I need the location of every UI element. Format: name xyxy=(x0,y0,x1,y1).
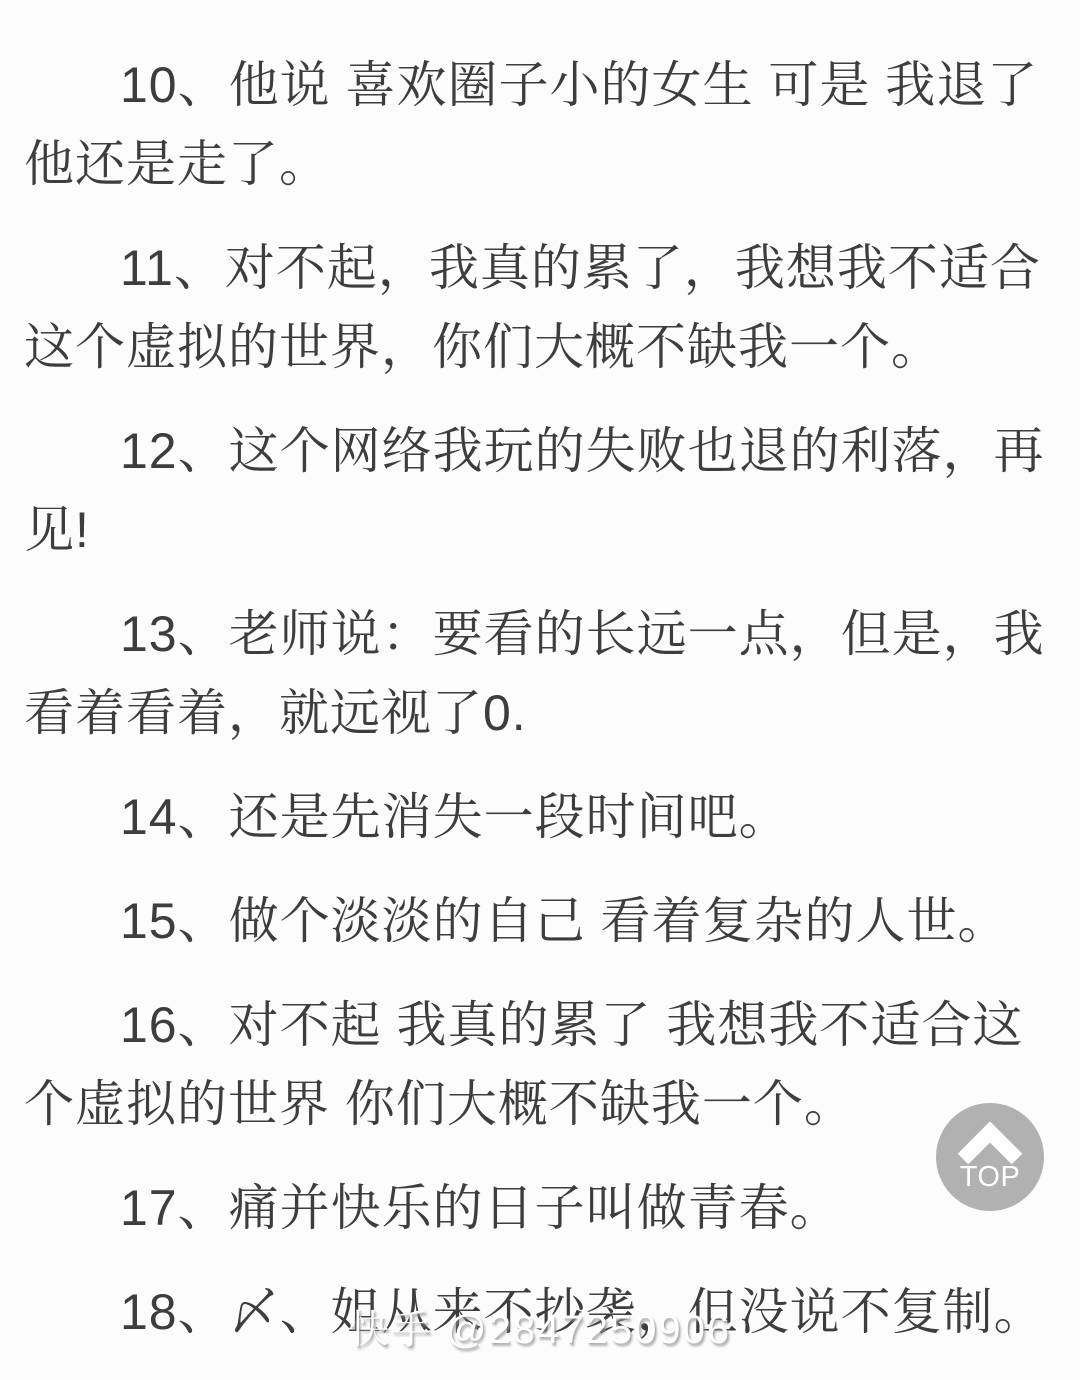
quote-text: 做个淡淡的自己 看着复杂的人世。 xyxy=(229,893,1009,949)
quote-number: 17、 xyxy=(120,1180,229,1236)
quote-text: 还是先消失一段时间吧。 xyxy=(229,789,790,845)
quote-text: 〆、姐从来不抄袭，但没说不复制。 xyxy=(229,1284,1045,1340)
quote-number: 10、 xyxy=(120,57,229,113)
quote-number: 12、 xyxy=(120,423,229,479)
quote-item: 16、对不起 我真的累了 我想我不适合这个虚拟的世界 你们大概不缺我一个。 xyxy=(24,986,1054,1144)
quote-item: 11、对不起，我真的累了，我想我不适合这个虚拟的世界，你们大概不缺我一个。 xyxy=(24,229,1054,387)
quotes-list: 10、他说 喜欢圈子小的女生 可是 我退了 他还是走了。 11、对不起，我真的累… xyxy=(0,0,1080,1377)
quote-item: 14、还是先消失一段时间吧。 xyxy=(24,778,1054,857)
chevron-up-icon xyxy=(954,1120,1026,1166)
quote-number: 13、 xyxy=(120,606,229,662)
quote-number: 15、 xyxy=(120,893,229,949)
quote-item: 18、〆、姐从来不抄袭，但没说不复制。 xyxy=(24,1273,1054,1352)
quote-item: 10、他说 喜欢圈子小的女生 可是 我退了 他还是走了。 xyxy=(24,46,1054,204)
quote-number: 11、 xyxy=(120,240,225,296)
quote-number: 14、 xyxy=(120,789,229,845)
quote-item: 13、老师说：要看的长远一点，但是，我看着看着，就远视了0. xyxy=(24,595,1054,753)
quote-number: 18、 xyxy=(120,1284,229,1340)
back-to-top-button[interactable]: TOP xyxy=(936,1103,1044,1211)
quote-item: 12、这个网络我玩的失败也退的利落，再见! xyxy=(24,412,1054,570)
back-to-top-label: TOP xyxy=(960,1161,1021,1193)
quote-item: 15、做个淡淡的自己 看着复杂的人世。 xyxy=(24,882,1054,961)
quote-item: 17、痛并快乐的日子叫做青春。 xyxy=(24,1169,1054,1248)
quote-text: 痛并快乐的日子叫做青春。 xyxy=(229,1180,841,1236)
quote-number: 16、 xyxy=(120,997,229,1053)
